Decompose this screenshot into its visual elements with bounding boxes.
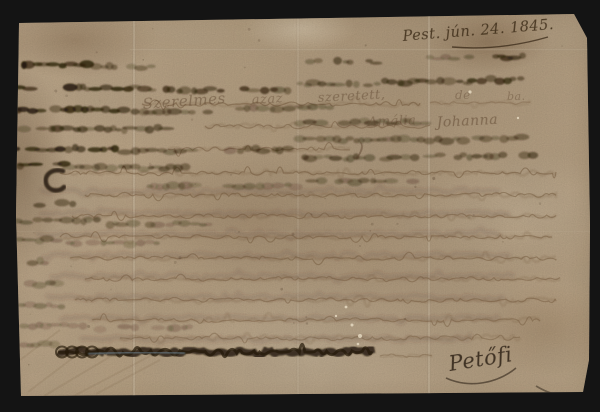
heading-word-johanna: Johanna	[433, 112, 498, 131]
ink-layer: Pest. jún. 24. 1845. Szerelmes azaz szer…	[0, 0, 600, 412]
heading-word-de: de	[455, 88, 471, 102]
heading-word-ba: ba.	[507, 90, 526, 103]
letter-paper: Pest. jún. 24. 1845. Szerelmes azaz szer…	[0, 0, 600, 412]
photo-background: Pest. jún. 24. 1845. Szerelmes azaz szer…	[0, 0, 600, 412]
heading-word-amalia: Amália	[367, 113, 417, 130]
heading-word-azaz: azaz	[251, 91, 283, 108]
